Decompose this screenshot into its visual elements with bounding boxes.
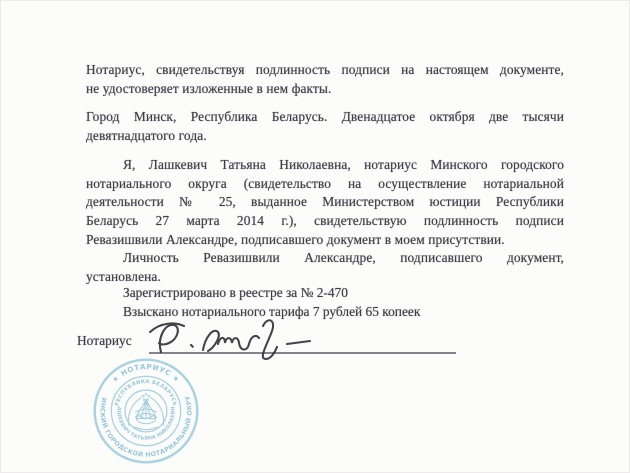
- text-line: Город Минск, Республика Беларусь. Двенад…: [86, 108, 564, 127]
- text-line: нотариального округа (свидетельство на о…: [86, 175, 564, 194]
- text-line: Ревазишвили Александре, подписавшего док…: [86, 231, 564, 250]
- paragraph-disclaimer: Нотариус, свидетельствуя подлинность под…: [86, 61, 564, 98]
- notary-seal-stamp-icon: ★ НОТАРИУС ★ МИНСКИЙ ГОРОДСКОЙ НОТАРИАЛЬ…: [89, 354, 203, 468]
- text-line: не удостоверяет изложенные в нем факты.: [86, 80, 564, 99]
- paragraph-attestation: Я, Лашкевич Татьяна Николаевна, нотариус…: [86, 156, 564, 250]
- text-line: Я, Лашкевич Татьяна Николаевна, нотариус…: [86, 156, 564, 175]
- notary-signature-label: Нотариус: [77, 333, 132, 349]
- paragraph-place-date: Город Минск, Республика Беларусь. Двенад…: [86, 108, 564, 145]
- text-line: Беларусь 27 марта 2014 г.), свидетельств…: [86, 212, 564, 231]
- coat-of-arms-icon: [128, 393, 163, 430]
- notarial-document-page: Нотариус, свидетельствуя подлинность под…: [0, 0, 630, 473]
- paragraph-identity: Личность Ревазишвили Александре, подписа…: [86, 249, 564, 286]
- text-line: деятельности № 25, выданное Министерство…: [86, 193, 564, 212]
- registry-number-line: Зарегистрировано в реестре за № 2-470: [123, 284, 420, 303]
- text-line: девятнадцатого года.: [86, 127, 564, 146]
- text-line: Личность Ревазишвили Александре, подписа…: [86, 249, 564, 268]
- document-body: Нотариус, свидетельствуя подлинность под…: [86, 61, 564, 287]
- notary-signature: [145, 313, 320, 365]
- text-line: Нотариус, свидетельствуя подлинность под…: [86, 61, 564, 80]
